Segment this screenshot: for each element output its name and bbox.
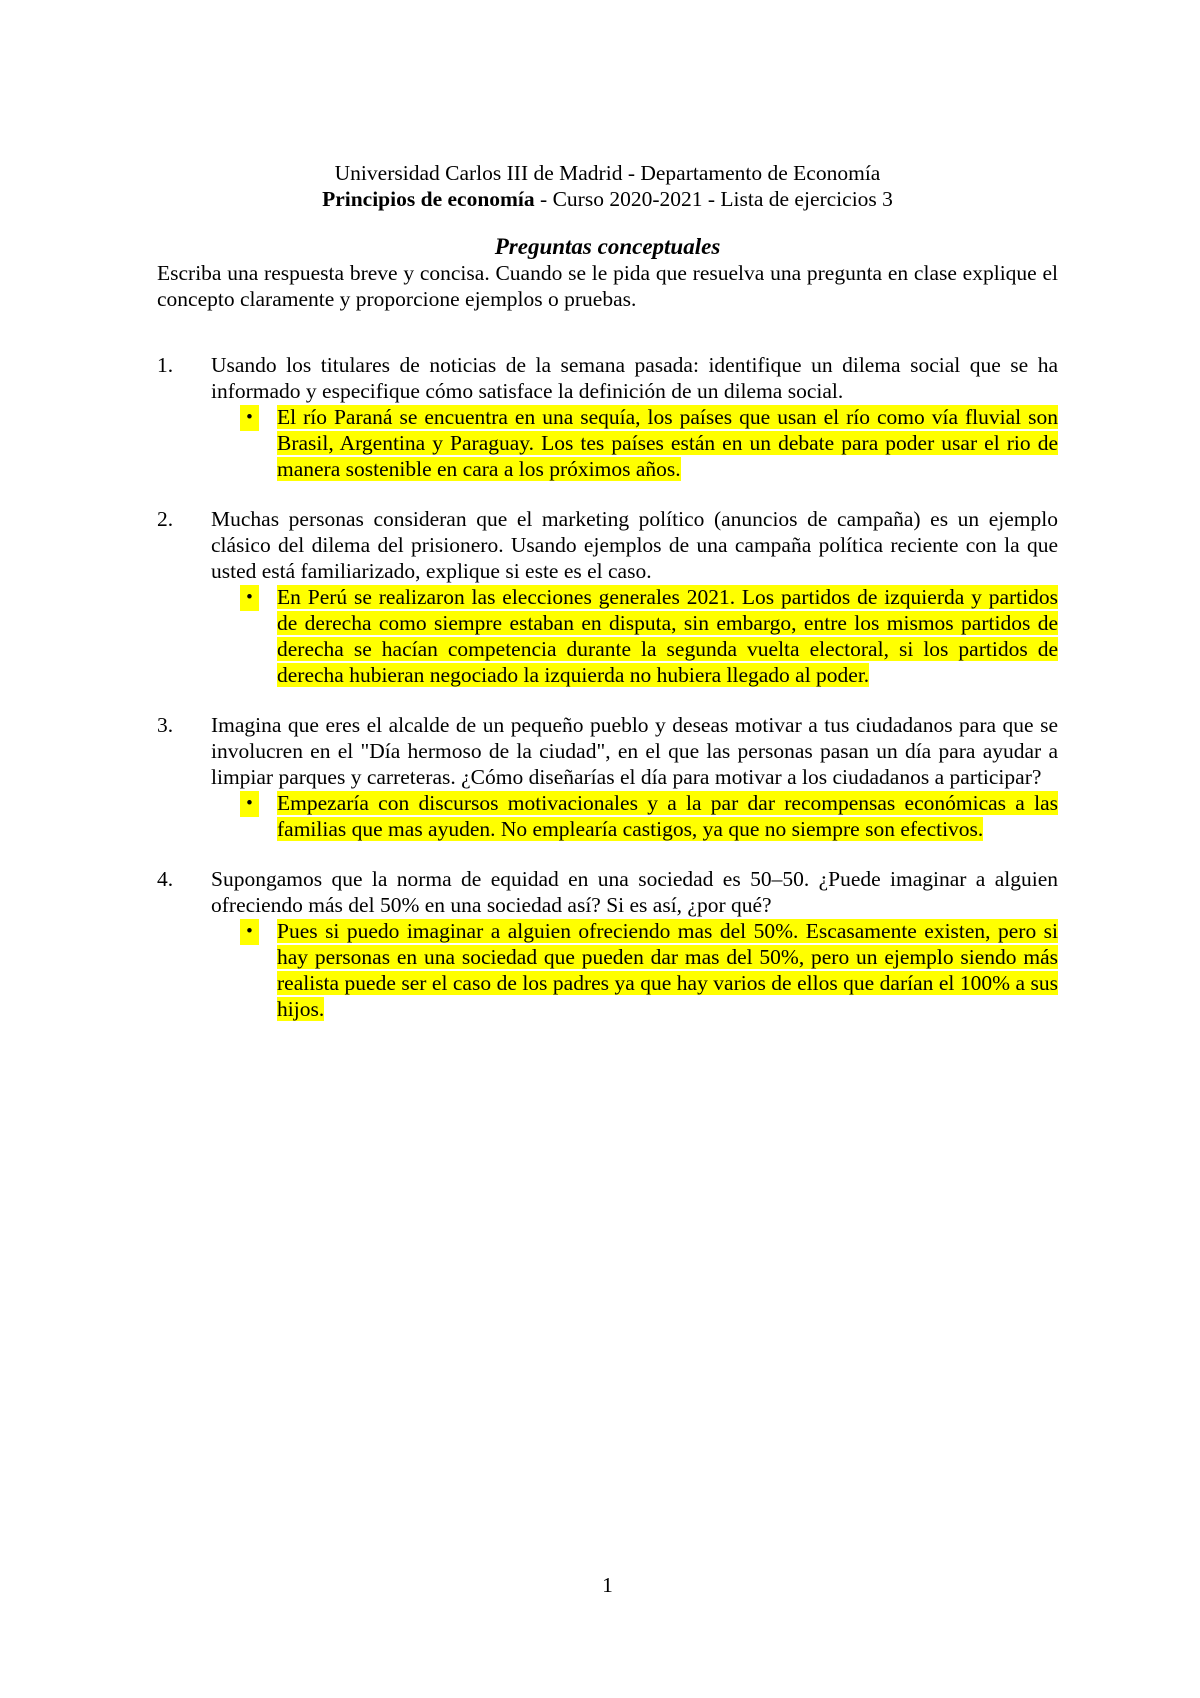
question-paragraph: 3. Imagina que eres el alcalde de un peq… [157, 712, 1058, 790]
course-title: Principios de economía [322, 187, 535, 211]
course-subtitle: - Curso 2020-2021 - Lista de ejercicios … [535, 187, 893, 211]
bullet-marker: • [240, 791, 259, 817]
question-text: Usando los titulares de noticias de la s… [211, 353, 1058, 403]
question-paragraph: 1. Usando los titulares de noticias de l… [157, 352, 1058, 404]
answer-paragraph: • El río Paraná se encuentra en una sequ… [240, 404, 1058, 482]
question-number: 2. [157, 506, 173, 532]
question-text: Imagina que eres el alcalde de un pequeñ… [211, 713, 1058, 789]
question-paragraph: 4. Supongamos que la norma de equidad en… [157, 866, 1058, 918]
answer-text: Empezaría con discursos motivacionales y… [277, 791, 1058, 841]
question-text: Supongamos que la norma de equidad en un… [211, 867, 1058, 917]
question-text: Muchas personas consideran que el market… [211, 507, 1058, 583]
page-number: 1 [157, 1572, 1058, 1598]
question-number: 4. [157, 866, 173, 892]
bullet-marker: • [240, 585, 259, 611]
question-list: 1. Usando los titulares de noticias de l… [157, 352, 1058, 1022]
question-number: 1. [157, 352, 173, 378]
answer-paragraph: • Pues si puedo imaginar a alguien ofrec… [240, 918, 1058, 1022]
answer-text: El río Paraná se encuentra en una sequía… [277, 405, 1058, 481]
intro-paragraph: Escriba una respuesta breve y concisa. C… [157, 260, 1058, 312]
question-item: 4. Supongamos que la norma de equidad en… [157, 866, 1058, 1022]
question-number: 3. [157, 712, 173, 738]
university-header: Universidad Carlos III de Madrid - Depar… [157, 160, 1058, 186]
question-item: 3. Imagina que eres el alcalde de un peq… [157, 712, 1058, 842]
document-content: Universidad Carlos III de Madrid - Depar… [0, 0, 1200, 1022]
question-paragraph: 2. Muchas personas consideran que el mar… [157, 506, 1058, 584]
answer-text: Pues si puedo imaginar a alguien ofrecie… [277, 919, 1058, 1021]
course-header: Principios de economía - Curso 2020-2021… [157, 186, 1058, 212]
document-page: Universidad Carlos III de Madrid - Depar… [0, 0, 1200, 1698]
answer-paragraph: • En Perú se realizaron las elecciones g… [240, 584, 1058, 688]
question-item: 2. Muchas personas consideran que el mar… [157, 506, 1058, 688]
document-header: Universidad Carlos III de Madrid - Depar… [157, 160, 1058, 212]
bullet-marker: • [240, 919, 259, 945]
answer-paragraph: • Empezaría con discursos motivacionales… [240, 790, 1058, 842]
bullet-marker: • [240, 405, 259, 431]
section-title: Preguntas conceptuales [157, 234, 1058, 260]
question-item: 1. Usando los titulares de noticias de l… [157, 352, 1058, 482]
answer-text: En Perú se realizaron las elecciones gen… [277, 585, 1058, 687]
